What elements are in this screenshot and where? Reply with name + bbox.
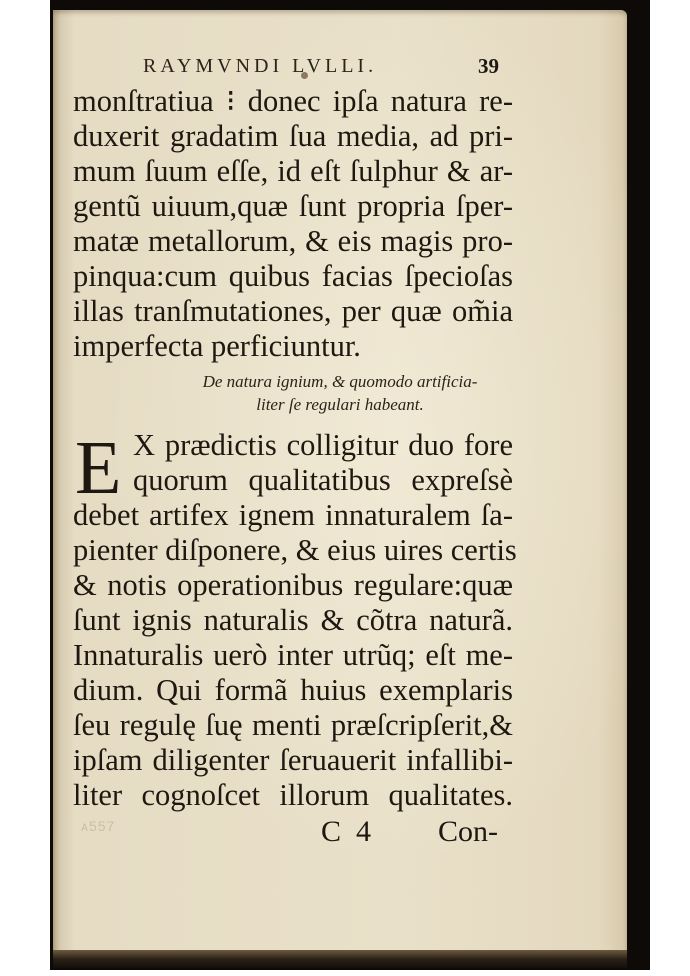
text-line: ipſam diligenter ſeruauerit infallibi- <box>73 745 513 776</box>
text-line: ſeu regulę ſuę menti præſcripſerit,& <box>73 710 513 741</box>
page-text: RAYMVNDI LVLLI. 39 monſtratiua ⁝ donec i… <box>53 10 627 955</box>
text-line: & notis operationibus regulare:quæ <box>73 570 513 601</box>
text-line: matæ metallorum, & eis magis pro- <box>73 226 513 257</box>
signature-mark: C 4 <box>321 815 371 849</box>
text-line: liter cognoſcet illorum qualitates. <box>73 780 513 811</box>
ink-spot <box>301 72 308 79</box>
text-line: Innaturalis uerò inter utrũq; eſt me- <box>73 640 513 671</box>
catchword: Con- <box>438 815 498 849</box>
page-number: 39 <box>478 54 499 79</box>
text-line: duxerit gradatim ſua media, ad pri- <box>73 121 513 152</box>
text-line: mum ſuum eſſe, id eſt ſulphur & ar- <box>73 156 513 187</box>
section-heading-line-2: liter ſe regulari habeant. <box>53 395 627 415</box>
running-head: RAYMVNDI LVLLI. <box>143 55 377 78</box>
text-line: debet artifex ignem innaturalem ſa- <box>73 500 513 531</box>
page-edge-shadow <box>53 950 627 968</box>
text-line: pinqua:cum quibus facias ſpecioſas <box>73 261 513 292</box>
text-line: X prædictis colligitur duo fore <box>133 430 513 461</box>
text-line: ſunt ignis naturalis & cõtra naturã. <box>73 605 513 636</box>
text-line: illas tranſmutationes, per quæ om̃ia <box>73 296 513 327</box>
text-line: pienter diſponere, & eius uires certis <box>73 535 513 566</box>
text-line: monſtratiua ⁝ donec ipſa natura re- <box>73 86 513 117</box>
text-line: gentũ uiuum,quæ ſunt propria ſper- <box>73 191 513 222</box>
section-heading-line-1: De natura ignium, & quomodo artificia- <box>53 372 627 392</box>
faint-stamp: ᴀ557 <box>81 818 115 834</box>
text-line: quorum qualitatibus expreſsè <box>133 465 513 496</box>
text-line: imperfecta perficiuntur. <box>73 331 513 362</box>
text-line: dium. Qui formã huius exemplaris <box>73 675 513 706</box>
drop-cap: E <box>75 430 121 506</box>
book-page: RAYMVNDI LVLLI. 39 monſtratiua ⁝ donec i… <box>53 10 627 955</box>
